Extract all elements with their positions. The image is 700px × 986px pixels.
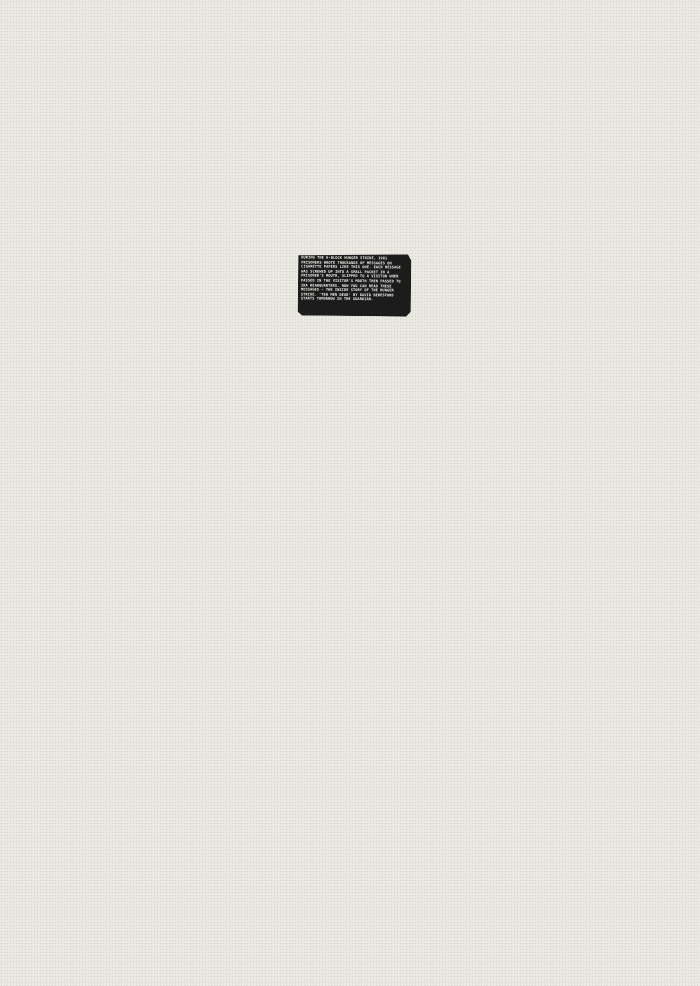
- note-handwritten-text: During the H-Block hunger strike, 1981 p…: [301, 255, 409, 314]
- advertisement-page: During the H-Block hunger strike, 1981 p…: [0, 0, 700, 986]
- cigarette-paper-note: During the H-Block hunger strike, 1981 p…: [298, 253, 412, 316]
